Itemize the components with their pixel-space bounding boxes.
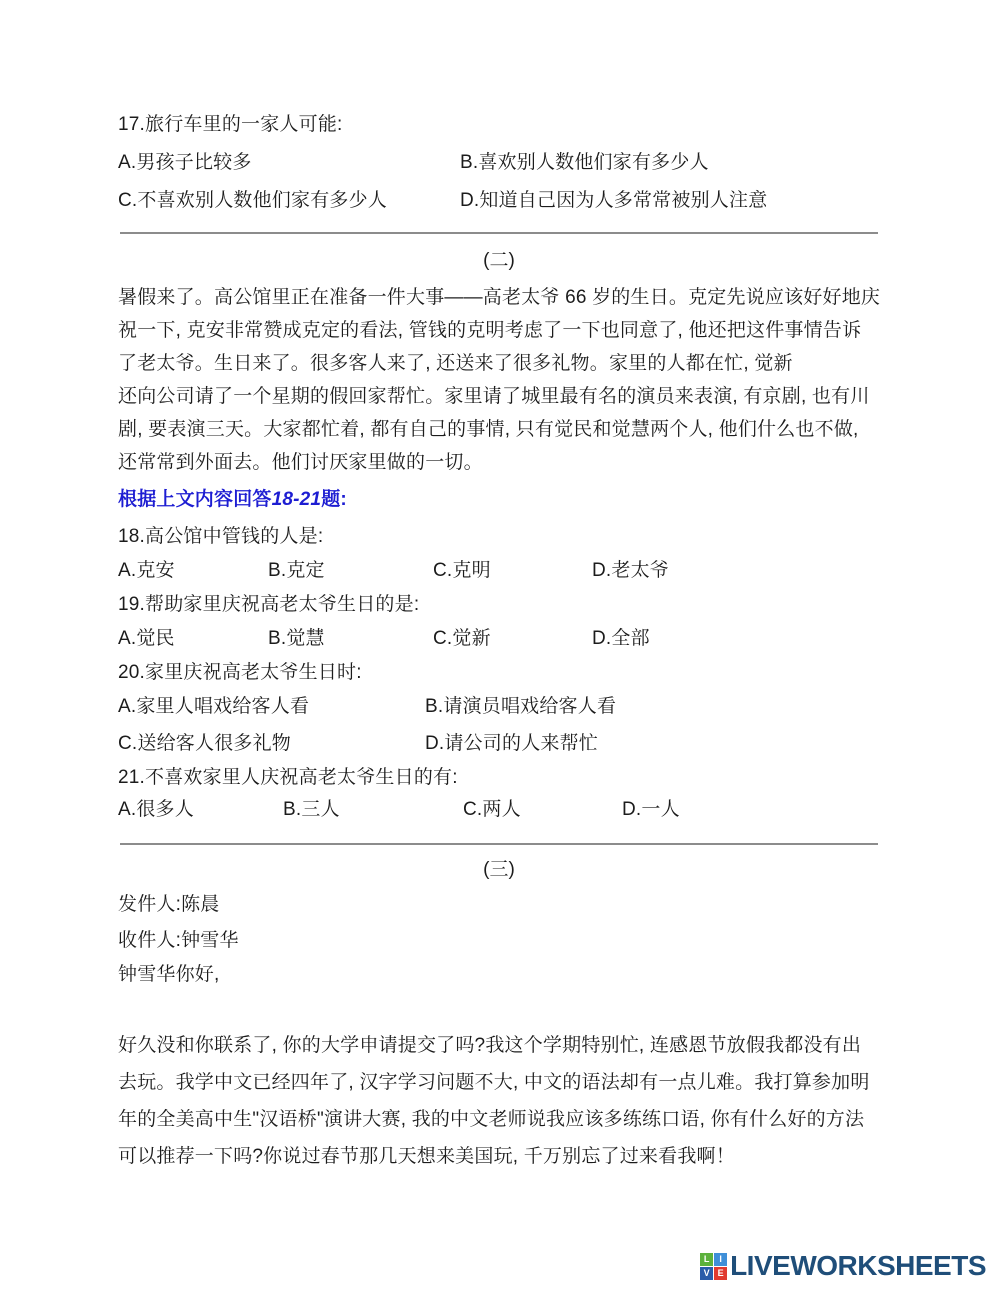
q19-stem: 19.帮助家里庆祝高老太爷生日的是: <box>118 592 419 618</box>
letter-line-4: 可以推荐一下吗?你说过春节那几天想来美国玩, 千万别忘了过来看我啊！ <box>118 1144 735 1170</box>
q20-stem: 20.家里庆祝高老太爷生日时: <box>118 660 362 686</box>
q20-option-d: D.请公司的人来帮忙 <box>425 731 598 757</box>
q17-option-c: C.不喜欢别人数他们家有多少人 <box>118 188 387 214</box>
q19-option-b: B.觉慧 <box>268 626 325 652</box>
logo-tile-l: L <box>700 1253 713 1266</box>
liveworksheets-logo[interactable]: L I V E LIVEWORKSHEETS <box>700 1250 986 1282</box>
passage2-line-4: 还向公司请了一个星期的假回家帮忙。家里请了城里最有名的演员来表演, 有京剧, 也… <box>118 384 870 410</box>
q19-option-d: D.全部 <box>592 626 650 652</box>
q17-option-a: A.男孩子比较多 <box>118 150 252 176</box>
q19-option-a: A.觉民 <box>118 626 175 652</box>
q18-option-a: A.克安 <box>118 558 175 584</box>
section-divider <box>120 232 878 234</box>
q21-stem: 21.不喜欢家里人庆祝高老太爷生日的有: <box>118 765 458 791</box>
instruction-prefix: 根据上文内容回答 <box>118 489 272 510</box>
logo-tile-i: I <box>714 1253 727 1266</box>
q21-option-a: A.很多人 <box>118 797 194 823</box>
section-divider <box>120 843 878 845</box>
q21-option-b: B.三人 <box>283 797 340 823</box>
q18-option-d: D.老太爷 <box>592 558 669 584</box>
q18-option-c: C.克明 <box>433 558 491 584</box>
instruction-suffix: 题: <box>321 489 347 510</box>
q20-option-c: C.送给客人很多礼物 <box>118 731 291 757</box>
q20-option-a: A.家里人唱戏给客人看 <box>118 694 309 720</box>
q21-option-c: C.两人 <box>463 797 521 823</box>
letter-line-1: 好久没和你联系了, 你的大学申请提交了吗?我这个学期特别忙, 连感恩节放假我都没… <box>118 1033 861 1059</box>
q17-option-b: B.喜欢别人数他们家有多少人 <box>460 150 709 176</box>
passage2-line-1: 暑假来了。高公馆里正在准备一件大事——高老太爷 66 岁的生日。克定先说应该好好… <box>118 285 880 311</box>
q21-option-d: D.一人 <box>622 797 680 823</box>
section2-title: (二) <box>118 248 880 274</box>
email-sender-line: 发件人:陈晨 <box>118 892 219 918</box>
q18-stem: 18.高公馆中管钱的人是: <box>118 524 323 550</box>
letter-line-3: 年的全美高中生"汉语桥"演讲大赛, 我的中文老师说我应该多练练口语, 你有什么好… <box>118 1107 864 1133</box>
q17-stem: 17.旅行车里的一家人可能: <box>118 112 343 138</box>
passage2-line-6: 还常常到外面去。他们讨厌家里做的一切。 <box>118 450 483 476</box>
q20-option-b: B.请演员唱戏给客人看 <box>425 694 616 720</box>
liveworksheets-logo-icon: L I V E <box>700 1253 727 1280</box>
email-recipient-line: 收件人:钟雪华 <box>118 928 239 954</box>
section3-title: (三) <box>118 857 880 883</box>
q17-option-d: D.知道自己因为人多常常被别人注意 <box>460 188 767 214</box>
logo-tile-v: V <box>700 1267 713 1280</box>
logo-tile-e: E <box>714 1267 727 1280</box>
answer-instruction: 根据上文内容回答18-21题: <box>118 487 347 513</box>
liveworksheets-logo-text: LIVEWORKSHEETS <box>730 1250 986 1282</box>
instruction-question-range: 18-21 <box>272 489 322 510</box>
q18-option-b: B.克定 <box>268 558 325 584</box>
email-greeting: 钟雪华你好, <box>118 962 219 988</box>
passage2-line-2: 祝一下, 克安非常赞成克定的看法, 管钱的克明考虑了一下也同意了, 他还把这件事… <box>118 318 861 344</box>
letter-line-2: 去玩。我学中文已经四年了, 汉字学习问题不大, 中文的语法却有一点儿难。我打算参… <box>118 1070 870 1096</box>
passage2-line-3: 了老太爷。生日来了。很多客人来了, 还送来了很多礼物。家里的人都在忙, 觉新 <box>118 351 793 377</box>
q19-option-c: C.觉新 <box>433 626 491 652</box>
passage2-line-5: 剧, 要表演三天。大家都忙着, 都有自己的事情, 只有觉民和觉慧两个人, 他们什… <box>118 417 859 443</box>
